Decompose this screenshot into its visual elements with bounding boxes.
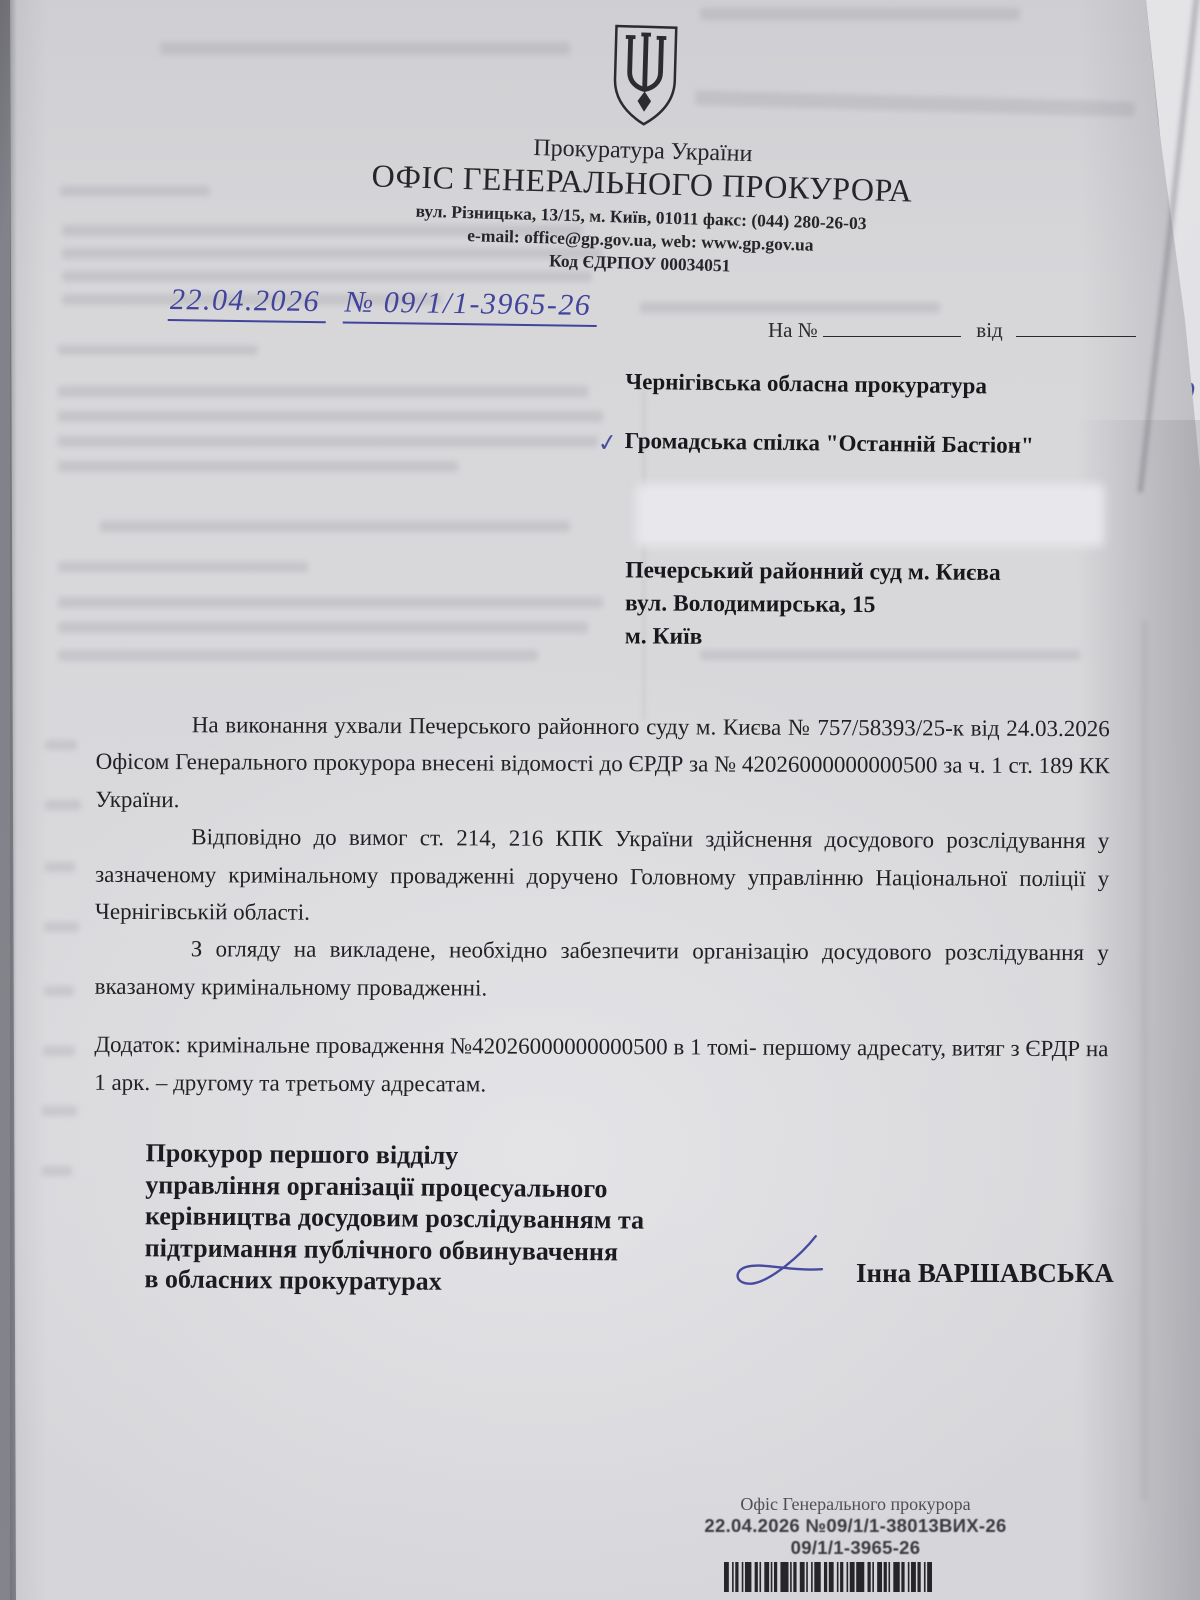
barcode-icon (724, 1562, 932, 1592)
reply-date-blank (1016, 316, 1136, 337)
bleedthrough-line (58, 386, 588, 397)
letter-body: На виконання ухвали Печерського районног… (94, 706, 1110, 1105)
bleedthrough-line (58, 436, 598, 447)
signer-title-line: керівництва досудовим розслідуванням та (145, 1200, 785, 1237)
court-name: Печерський районний суд м. Києва (625, 554, 1105, 590)
signer-title-line: Прокурор першого відділу (145, 1137, 785, 1174)
bleedthrough-line (43, 1046, 75, 1056)
stamp-office-line: Офіс Генерального прокурора (688, 1494, 1023, 1515)
signer-title-block: Прокурор першого відділу управління орга… (144, 1137, 785, 1300)
bleedthrough-line (44, 986, 74, 996)
checkmark-icon: ✓ (596, 428, 620, 459)
redacted-area (636, 484, 1104, 546)
bleedthrough-line (58, 411, 603, 422)
bleedthrough-line (42, 1166, 72, 1176)
bleedthrough-line (58, 597, 603, 608)
letterhead: Прокуратура України ОФІС ГЕНЕРАЛЬНОГО ПР… (315, 13, 972, 283)
bleedthrough-line (58, 562, 308, 572)
bleedthrough-line (58, 461, 458, 472)
signer-title-line: в обласних прокуратурах (144, 1263, 784, 1300)
signature-scribble-icon (726, 1230, 826, 1294)
court-address-block: Печерський районний суд м. Києва вул. Во… (625, 554, 1106, 656)
bleedthrough-line (640, 302, 940, 313)
handwritten-date: 22.04.2026 (168, 283, 327, 323)
bleedthrough-line (58, 622, 588, 633)
bleedthrough-line (62, 271, 592, 282)
handwritten-reference: 22.04.2026 № 09/1/1-3965-26 (168, 283, 598, 323)
bleedthrough-line (44, 922, 79, 932)
reply-reference-line: На № від (768, 316, 1136, 343)
bleedthrough-line (60, 186, 210, 196)
paper-crease (1143, 620, 1146, 1500)
page-left-edge-shadow (10, 0, 17, 1600)
recipient-regional-prosecutor: Чернігівська обласна прокуратура (625, 369, 1125, 401)
bleedthrough-line (45, 740, 77, 750)
trident-emblem-icon (600, 21, 691, 131)
stamp-internal-number: 09/1/1-3965-26 (688, 1537, 1023, 1559)
bleedthrough-line (100, 521, 570, 532)
bleedthrough-line (58, 345, 258, 355)
signer-name: Інна ВАРШАВСЬКА (856, 1258, 1114, 1289)
bleedthrough-line (700, 8, 1020, 20)
attachment-note: Додаток: кримінальне провадження №420260… (94, 1026, 1108, 1105)
body-paragraph-3: З огляду на викладене, необхідно забезпе… (95, 930, 1109, 1009)
registration-stamp: Офіс Генерального прокурора 22.04.2026 №… (688, 1494, 1023, 1597)
recipients-block: Чернігівська обласна прокуратура ✓ Грома… (624, 369, 1125, 460)
body-paragraph-1: На виконання ухвали Печерського районног… (95, 706, 1109, 823)
bleedthrough-line (45, 800, 81, 810)
reply-no-label: На № (768, 318, 818, 342)
bleedthrough-line (58, 650, 538, 661)
reply-date-label: від (976, 318, 1002, 342)
court-street: вул. Володимирська, 15 (625, 587, 1105, 623)
handwritten-number: № 09/1/1-3965-26 (343, 285, 598, 327)
court-city: м. Київ (625, 620, 1105, 656)
bleedthrough-line (42, 1106, 77, 1116)
recipient-public-union: Громадська спілка "Останній Бастіон" (625, 428, 1034, 458)
reply-no-blank (823, 316, 961, 337)
stamp-outgoing-number: 22.04.2026 №09/1/1-38013ВИХ-26 (688, 1515, 1023, 1537)
bleedthrough-line (45, 862, 75, 872)
body-paragraph-2: Відповідно до вимог ст. 214, 216 КПК Укр… (95, 818, 1109, 935)
